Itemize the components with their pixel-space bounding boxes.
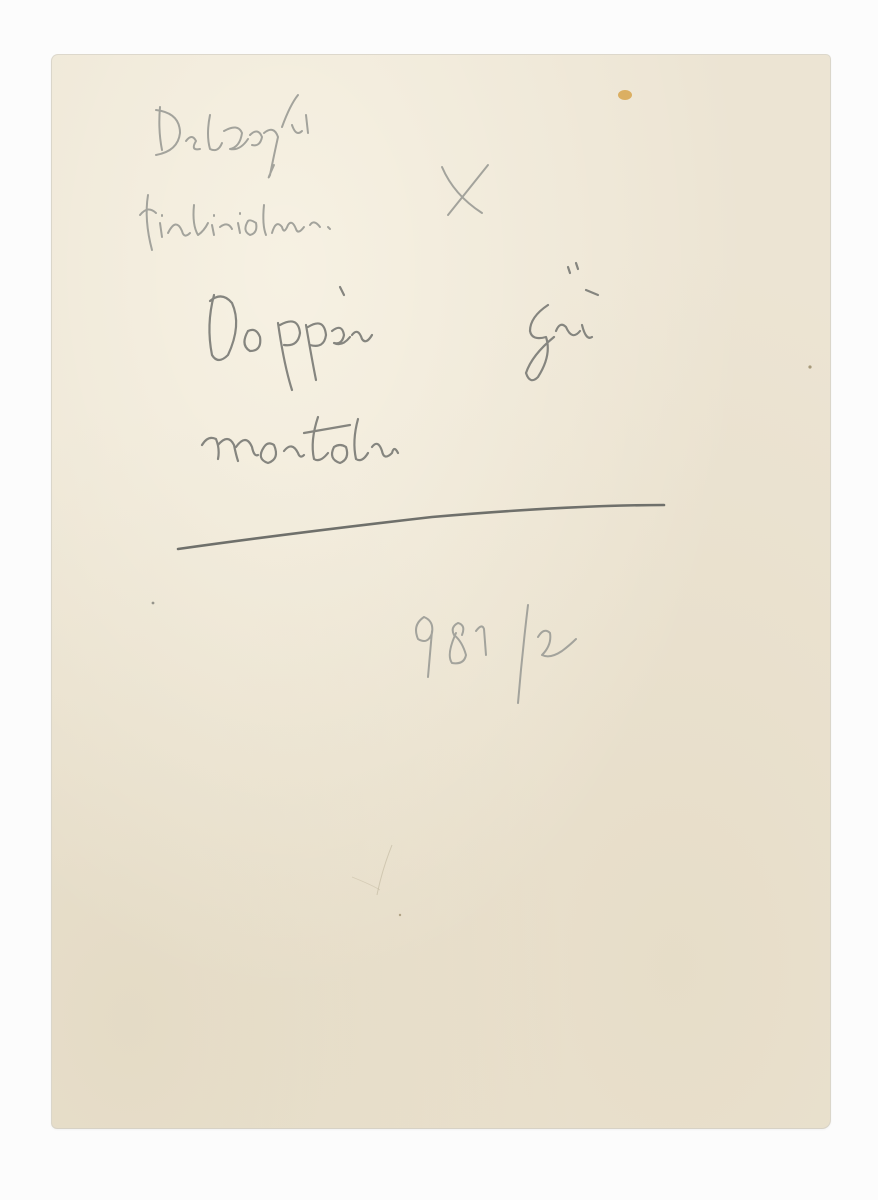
pencil-handwriting <box>52 55 830 1128</box>
foxing-stain <box>618 90 632 100</box>
catalog-number-handwriting <box>416 605 576 703</box>
handwriting-line-3 <box>209 263 598 390</box>
underline-stroke <box>178 505 664 549</box>
handwriting-line-4 <box>202 417 398 463</box>
scan-background: Destagli Indiriolmo X Doppia Gru montata… <box>0 0 878 1200</box>
handwriting-line-2 <box>140 165 488 250</box>
handwriting-line-1 <box>156 95 308 177</box>
photo-card-verso: Destagli Indiriolmo X Doppia Gru montata… <box>52 55 830 1128</box>
